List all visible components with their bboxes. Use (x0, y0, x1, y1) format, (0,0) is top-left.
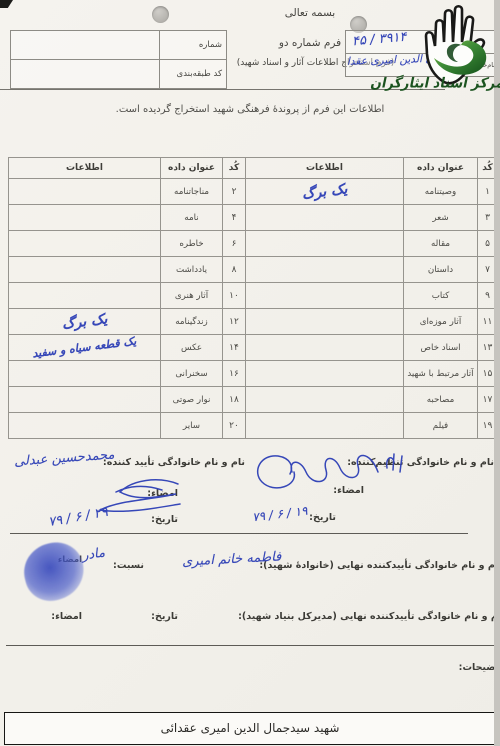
title-cell: مصاحبه (404, 387, 478, 413)
director-approver-label: نام و نام خانوادگی تأییدکننده نهایی (مدی… (238, 611, 500, 622)
col-header-title: عنوان داده (404, 158, 478, 179)
logo-calligraphy-text: مرکز اسناد ایثارگران (378, 75, 500, 91)
title-cell: آثار موزه‌ای (404, 309, 478, 335)
table-row: ۱۹فیلم۲۰سایر (9, 413, 498, 439)
code-cell: ۶ (223, 231, 246, 257)
title-cell: عکس (161, 335, 223, 361)
isargaran-archive-logo: مرکز اسناد ایثارگران (412, 0, 500, 102)
number-row: شماره (11, 31, 226, 60)
info-cell (246, 361, 404, 387)
info-cell (9, 413, 161, 439)
title-cell: یادداشت (161, 257, 223, 283)
code-cell: ۴ (223, 205, 246, 231)
relation-handwritten: مادر (81, 545, 106, 563)
section-separator-line (10, 533, 468, 534)
title-cell: وصیتنامه (404, 179, 478, 205)
bottom-separator-line (6, 645, 497, 646)
family-approver-label: نام و نام خانوادگی تأییدکننده نهایی (خان… (259, 560, 500, 571)
title-cell: آثار مرتبط با شهید (404, 361, 478, 387)
info-cell (9, 283, 161, 309)
number-label: شماره (159, 31, 226, 59)
title-cell: شعر (404, 205, 478, 231)
col-header-title: عنوان داده (161, 158, 223, 179)
table-row: ۷داستان۸یادداشت (9, 257, 498, 283)
classification-row: کد طبقه‌بندی (11, 60, 226, 88)
approver-name-label: نام و نام خانوادگی تأیید کننده: (103, 457, 245, 468)
info-cell (246, 309, 404, 335)
table-row: ۱وصیتنامهیک برگ۲مناجاتنامه (9, 179, 498, 205)
info-cell (246, 413, 404, 439)
scan-corner-artifact (0, 0, 13, 8)
scan-edge-shadow (494, 0, 500, 746)
punch-hole (152, 6, 169, 23)
bismillah-text: بسمه تعالی (240, 7, 380, 19)
title-cell: داستان (404, 257, 478, 283)
info-cell: یک قطعه سیاه و سفید (9, 335, 161, 361)
table-row: ۱۷مصاحبه۱۸نوار صوتی (9, 387, 498, 413)
info-cell (9, 231, 161, 257)
title-cell: سایر (161, 413, 223, 439)
code-cell: ۱۲ (223, 309, 246, 335)
preparer-date-label: تاریخ: (309, 512, 336, 523)
title-cell: فیلم (404, 413, 478, 439)
title-cell: کتاب (404, 283, 478, 309)
title-cell: آثار هنری (161, 283, 223, 309)
code-cell: ۱۸ (223, 387, 246, 413)
title-cell: مقاله (404, 231, 478, 257)
col-header-info: اطلاعات (9, 158, 161, 179)
fingerprint-stamp (18, 537, 90, 607)
number-code-box: شماره کد طبقه‌بندی (10, 30, 227, 89)
code-cell: ۱۰ (223, 283, 246, 309)
title-cell: خاطره (161, 231, 223, 257)
intro-sentence: اطلاعات این فرم از پروندهٔ فرهنگی شهید ا… (0, 104, 500, 115)
info-cell (9, 387, 161, 413)
info-cell (246, 283, 404, 309)
preparer-signature-scribble (250, 442, 410, 500)
info-cell (9, 179, 161, 205)
info-cell (246, 257, 404, 283)
info-cell (246, 231, 404, 257)
scanned-form-page: بسمه تعالی فرم شماره دو (فرم استخراج اطل… (0, 0, 500, 746)
table-row: ۳شعر۴نامه (9, 205, 498, 231)
approver-name-handwritten: محمدحسین عبدلی (14, 448, 115, 470)
code-cell: ۱۶ (223, 361, 246, 387)
code-cell: ۸ (223, 257, 246, 283)
info-cell: یک برگ (9, 309, 161, 335)
title-cell: مناجاتنامه (161, 179, 223, 205)
table-row: ۱۳اسناد خاص۱۴عکسیک قطعه سیاه و سفید (9, 335, 498, 361)
preparer-date-handwritten: ۱۹ / ۶ / ۷۹ (251, 504, 308, 525)
info-cell (246, 387, 404, 413)
title-cell: نامه (161, 205, 223, 231)
table-header-row: کُد عنوان داده اطلاعات کُد عنوان داده اط… (9, 158, 498, 179)
title-cell: سخنرانی (161, 361, 223, 387)
info-cell (9, 205, 161, 231)
works-table: کُد عنوان داده اطلاعات کُد عنوان داده اط… (8, 157, 498, 439)
col-header-info: اطلاعات (246, 158, 404, 179)
table-row: ۱۱آثار موزه‌ای۱۲زندگینامهیک برگ (9, 309, 498, 335)
handwritten-info: یک قطعه سیاه و سفید (32, 335, 137, 361)
handwritten-info: یک برگ (61, 311, 108, 332)
info-cell (9, 257, 161, 283)
classification-label: کد طبقه‌بندی (159, 60, 226, 88)
preparer-sign-label: امضاء: (333, 485, 364, 496)
info-cell (246, 335, 404, 361)
code-cell: ۲ (223, 179, 246, 205)
director-sign-label: امضاء: (51, 611, 82, 622)
martyr-caption: شهید سیدجمال الدین امیری عقدائی (4, 712, 496, 745)
info-cell (246, 205, 404, 231)
handwritten-info: یک برگ (301, 181, 348, 202)
director-date-label: تاریخ: (151, 611, 178, 622)
table-row: ۵مقاله۶خاطره (9, 231, 498, 257)
title-cell: نوار صوتی (161, 387, 223, 413)
title-cell: زندگینامه (161, 309, 223, 335)
title-cell: اسناد خاص (404, 335, 478, 361)
table-row: ۱۵آثار مرتبط با شهید۱۶سخنرانی (9, 361, 498, 387)
col-header-code: کُد (223, 158, 246, 179)
info-cell (9, 361, 161, 387)
relation-label: نسبت: (113, 560, 144, 571)
approver-date-label: تاریخ: (151, 514, 178, 525)
approver-date-handwritten: ۲۹ / ۶ / ۷۹ (47, 505, 109, 530)
code-cell: ۱۴ (223, 335, 246, 361)
code-cell: ۲۰ (223, 413, 246, 439)
table-row: ۹کتاب۱۰آثار هنری (9, 283, 498, 309)
info-cell: یک برگ (246, 179, 404, 205)
